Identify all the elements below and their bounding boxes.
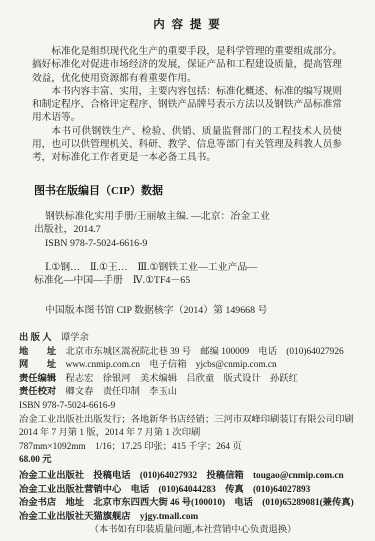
colophon-label: 责任编辑 — [19, 374, 56, 384]
quality-return-note: （本书如有印装质量问题,本社营销中心负责退换） — [19, 524, 367, 538]
colophon-line-marketing-contact: 冶金工业出版社营销中心 电话 (010)64044283 传真 (010)640… — [19, 484, 367, 498]
cip-isbn: ISBN 978-7-5024-6616-9 — [34, 237, 375, 250]
colophon-line-tmall-store: 冶金工业出版社天猫旗舰店 yjgy.tmall.com — [19, 511, 367, 525]
cip-registry: 中国版本图书馆 CIP 数据核字（2014）第 149668 号 — [34, 304, 375, 317]
colophon-text: 冶金工业出版社出版发行；各地新华书店经销；三河市双峰印刷装订有限公司印刷 — [19, 415, 354, 425]
colophon-text: 卿文春 责任印制 李玉山 — [56, 387, 177, 397]
colophon-text: 冶金工业出版社天猫旗舰店 yjgy.tmall.com — [19, 512, 198, 522]
colophon-label: 出 版 人 — [19, 333, 52, 343]
cip-classification-line: Ⅰ.①钢… Ⅱ.①王… Ⅲ.①钢铁工业—工业产品— — [34, 261, 375, 274]
cip-block: 钢铁标准化实用手册/王丽敏主编. —北京：冶金工业 出版社，2014.7 ISB… — [34, 210, 375, 317]
colophon-text: 冶金工业出版社营销中心 电话 (010)64044283 传真 (010)640… — [19, 485, 310, 495]
colophon-text: 冶金工业出版社 投稿电话 (010)64027932 投稿信箱 tougao@c… — [19, 471, 344, 481]
colophon-text: www.cnmip.com.cn 电子信箱 yjcbs@cnmip.com.cn — [56, 360, 276, 370]
summary-paragraph: 标准化是组织现代化生产的重要手段，是科学管理的重要组成部分。搞好标准化对促进市场… — [32, 45, 342, 85]
copyright-page: 内 容 提 要 标准化是组织现代化生产的重要手段，是科学管理的重要组成部分。搞好… — [0, 0, 375, 541]
colophon-line-editors: 责任编辑 程志宏 徐银河 美术编辑 吕欣童 版式设计 孙跃红 — [19, 373, 367, 387]
colophon-line-address: 地 址 北京市东城区嵩祝院北巷 39 号 邮编 100009 电话 (010)6… — [19, 346, 367, 360]
colophon-line-submission-contact: 冶金工业出版社 投稿电话 (010)64027932 投稿信箱 tougao@c… — [19, 470, 367, 484]
colophon-block: 出 版 人 谭学余 地 址 北京市东城区嵩祝院北巷 39 号 邮编 100009… — [19, 332, 367, 538]
cip-title-line: 钢铁标准化实用手册/王丽敏主编. —北京：冶金工业 — [34, 210, 375, 223]
colophon-line-website: 网 址 www.cnmip.com.cn 电子信箱 yjcbs@cnmip.co… — [19, 359, 367, 373]
colophon-line-format: 787mm×1092mm 1/16；17.25 印张；415 千字；264 页 — [19, 441, 367, 455]
colophon-line-edition: 2014 年 7 月第 1 版，2014 年 7 月第 1 次印刷 — [19, 427, 367, 441]
colophon-line-publisher-person: 出 版 人 谭学余 — [19, 332, 367, 346]
colophon-line-proofreader: 责任校对 卿文春 责任印制 李玉山 — [19, 386, 367, 400]
colophon-text: 谭学余 — [52, 333, 89, 343]
colophon-price: 68.00 元 — [19, 455, 52, 465]
colophon-text: 程志宏 徐银河 美术编辑 吕欣童 版式设计 孙跃红 — [56, 374, 298, 384]
colophon-line-isbn: ISBN 978-7-5024-6616-9 — [19, 400, 367, 414]
colophon-text: 2014 年 7 月第 1 版，2014 年 7 月第 1 次印刷 — [19, 428, 200, 438]
content-summary-heading: 内 容 提 要 — [0, 16, 375, 32]
colophon-text: 冶金书店 地址 北京市东四西大街 46 号(100010) 电话 (010)65… — [19, 498, 354, 508]
colophon-label: 网 址 — [19, 360, 56, 370]
colophon-text: 787mm×1092mm 1/16；17.25 印张；415 千字；264 页 — [19, 442, 242, 452]
colophon-label: 责任校对 — [19, 387, 56, 397]
content-summary: 标准化是组织现代化生产的重要手段，是科学管理的重要组成部分。搞好标准化对促进市场… — [32, 45, 342, 165]
colophon-line-price: 68.00 元 — [19, 454, 367, 468]
colophon-label: 地 址 — [19, 347, 56, 357]
summary-paragraph: 本书可供钢铁生产、检验、供销、质量监督部门的工程技术人员使用，也可以供管理机关、… — [32, 125, 342, 165]
colophon-line-bookstore-contact: 冶金书店 地址 北京市东四西大街 46 号(100010) 电话 (010)65… — [19, 497, 367, 511]
colophon-text: 北京市东城区嵩祝院北巷 39 号 邮编 100009 电话 (010)64027… — [56, 347, 343, 357]
cip-title-line: 出版社，2014.7 — [34, 223, 375, 236]
colophon-line-distribution: 冶金工业出版社出版发行；各地新华书店经销；三河市双峰印刷装订有限公司印刷 — [19, 414, 367, 428]
colophon-text: ISBN 978-7-5024-6616-9 — [19, 401, 115, 411]
cip-classification-line: 标准化—中国—手册 Ⅳ.①TF4－65 — [34, 274, 375, 287]
cip-heading: 图书在版编目（CIP）数据 — [34, 182, 375, 198]
summary-paragraph: 本书内容丰富、实用，主要内容包括：标准化概述、标准的编写规则和制定程序、合格评定… — [32, 85, 342, 125]
